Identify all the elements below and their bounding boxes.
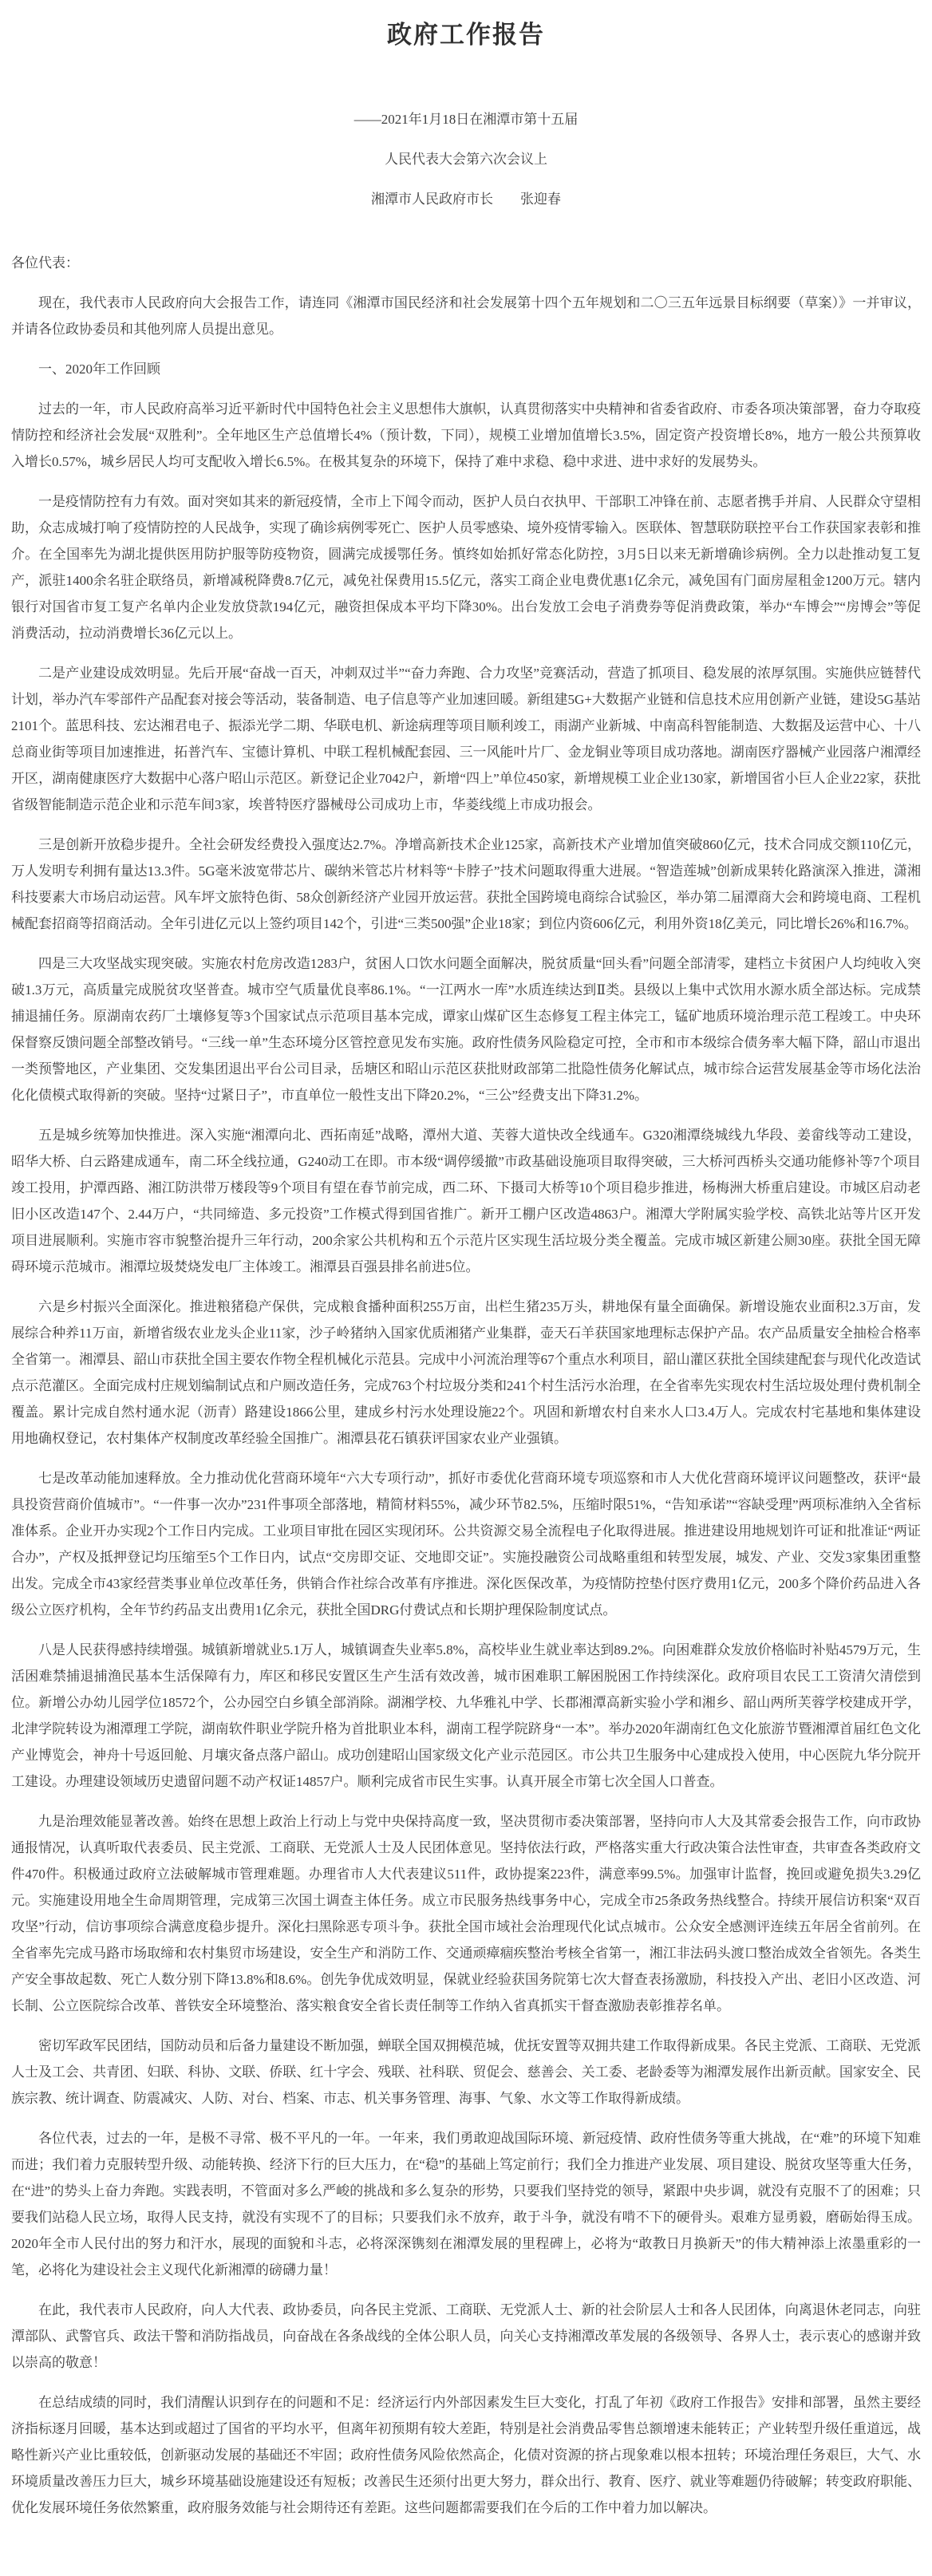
paragraph: 在总结成绩的同时，我们清醒认识到存在的问题和不足：经济运行内外部因素发生巨大变化… (11, 2389, 921, 2521)
paragraph: 七是改革动能加速释放。全力推动优化营商环境年“六大专项行动”，抓好市委优化营商环… (11, 1465, 921, 1623)
paragraph: 一、2020年工作回顾 (11, 356, 921, 382)
paragraph: 五是城乡统筹加快推进。深入实施“湘潭向北、西拓南延”战略，潭州大道、芙蓉大道快改… (11, 1122, 921, 1280)
paragraph: 六是乡村振兴全面深化。推进粮猪稳产保供，完成粮食播种面积255万亩，出栏生猪23… (11, 1294, 921, 1452)
paragraph: 二是产业建设成效明显。先后开展“奋战一百天，冲刺双过半”“奋力奔跑、合力攻坚”竞… (11, 660, 921, 818)
paragraph: 四是三大攻坚战实现突破。实施农村危房改造1283户，贫困人口饮水问题全面解决，脱… (11, 950, 921, 1108)
paragraph: 各位代表，过去的一年，是极不寻常、极不平凡的一年。一年来，我们勇敢迎战国际环境、… (11, 2125, 921, 2283)
paragraph: 九是治理效能显著改善。始终在思想上政治上行动上与党中央保持高度一致，坚决贯彻市委… (11, 1808, 921, 2019)
meeting-date-line: ——2021年1月18日在湘潭市第十五届 (11, 106, 921, 132)
report-page: 政府工作报告 ——2021年1月18日在湘潭市第十五届 人民代表大会第六次会议上… (0, 0, 932, 2576)
paragraph: 八是人民获得感持续增强。城镇新增就业5.1万人，城镇调查失业率5.8%，高校毕业… (11, 1637, 921, 1795)
paragraph: 三是创新开放稳步提升。全社会研发经费投入强度达2.7%。净增高新技术企业125家… (11, 832, 921, 937)
paragraph: 在此，我代表市人民政府，向人大代表、政协委员，向各民主党派、工商联、无党派人士、… (11, 2297, 921, 2376)
paragraph: 现在，我代表市人民政府向大会报告工作，请连同《湘潭市国民经济和社会发展第十四个五… (11, 290, 921, 342)
paragraph: 密切军政军民团结，国防动员和后备力量建设不断加强，蝉联全国双拥模范城，优抚安置等… (11, 2033, 921, 2112)
document-title: 政府工作报告 (11, 21, 921, 49)
paragraph: 过去的一年，市人民政府高举习近平新时代中国特色社会主义思想伟大旗帜，认真贯彻落实… (11, 396, 921, 475)
paragraph: 一是疫情防控有力有效。面对突如其来的新冠疫情，全市上下闻令而动，医护人员白衣执甲… (11, 488, 921, 646)
salutation: 各位代表： (11, 250, 921, 276)
speaker-line: 湘潭市人民政府市长 张迎春 (11, 186, 921, 212)
document-body: 现在，我代表市人民政府向大会报告工作，请连同《湘潭市国民经济和社会发展第十四个五… (11, 290, 921, 2521)
meeting-session-line: 人民代表大会第六次会议上 (11, 146, 921, 172)
